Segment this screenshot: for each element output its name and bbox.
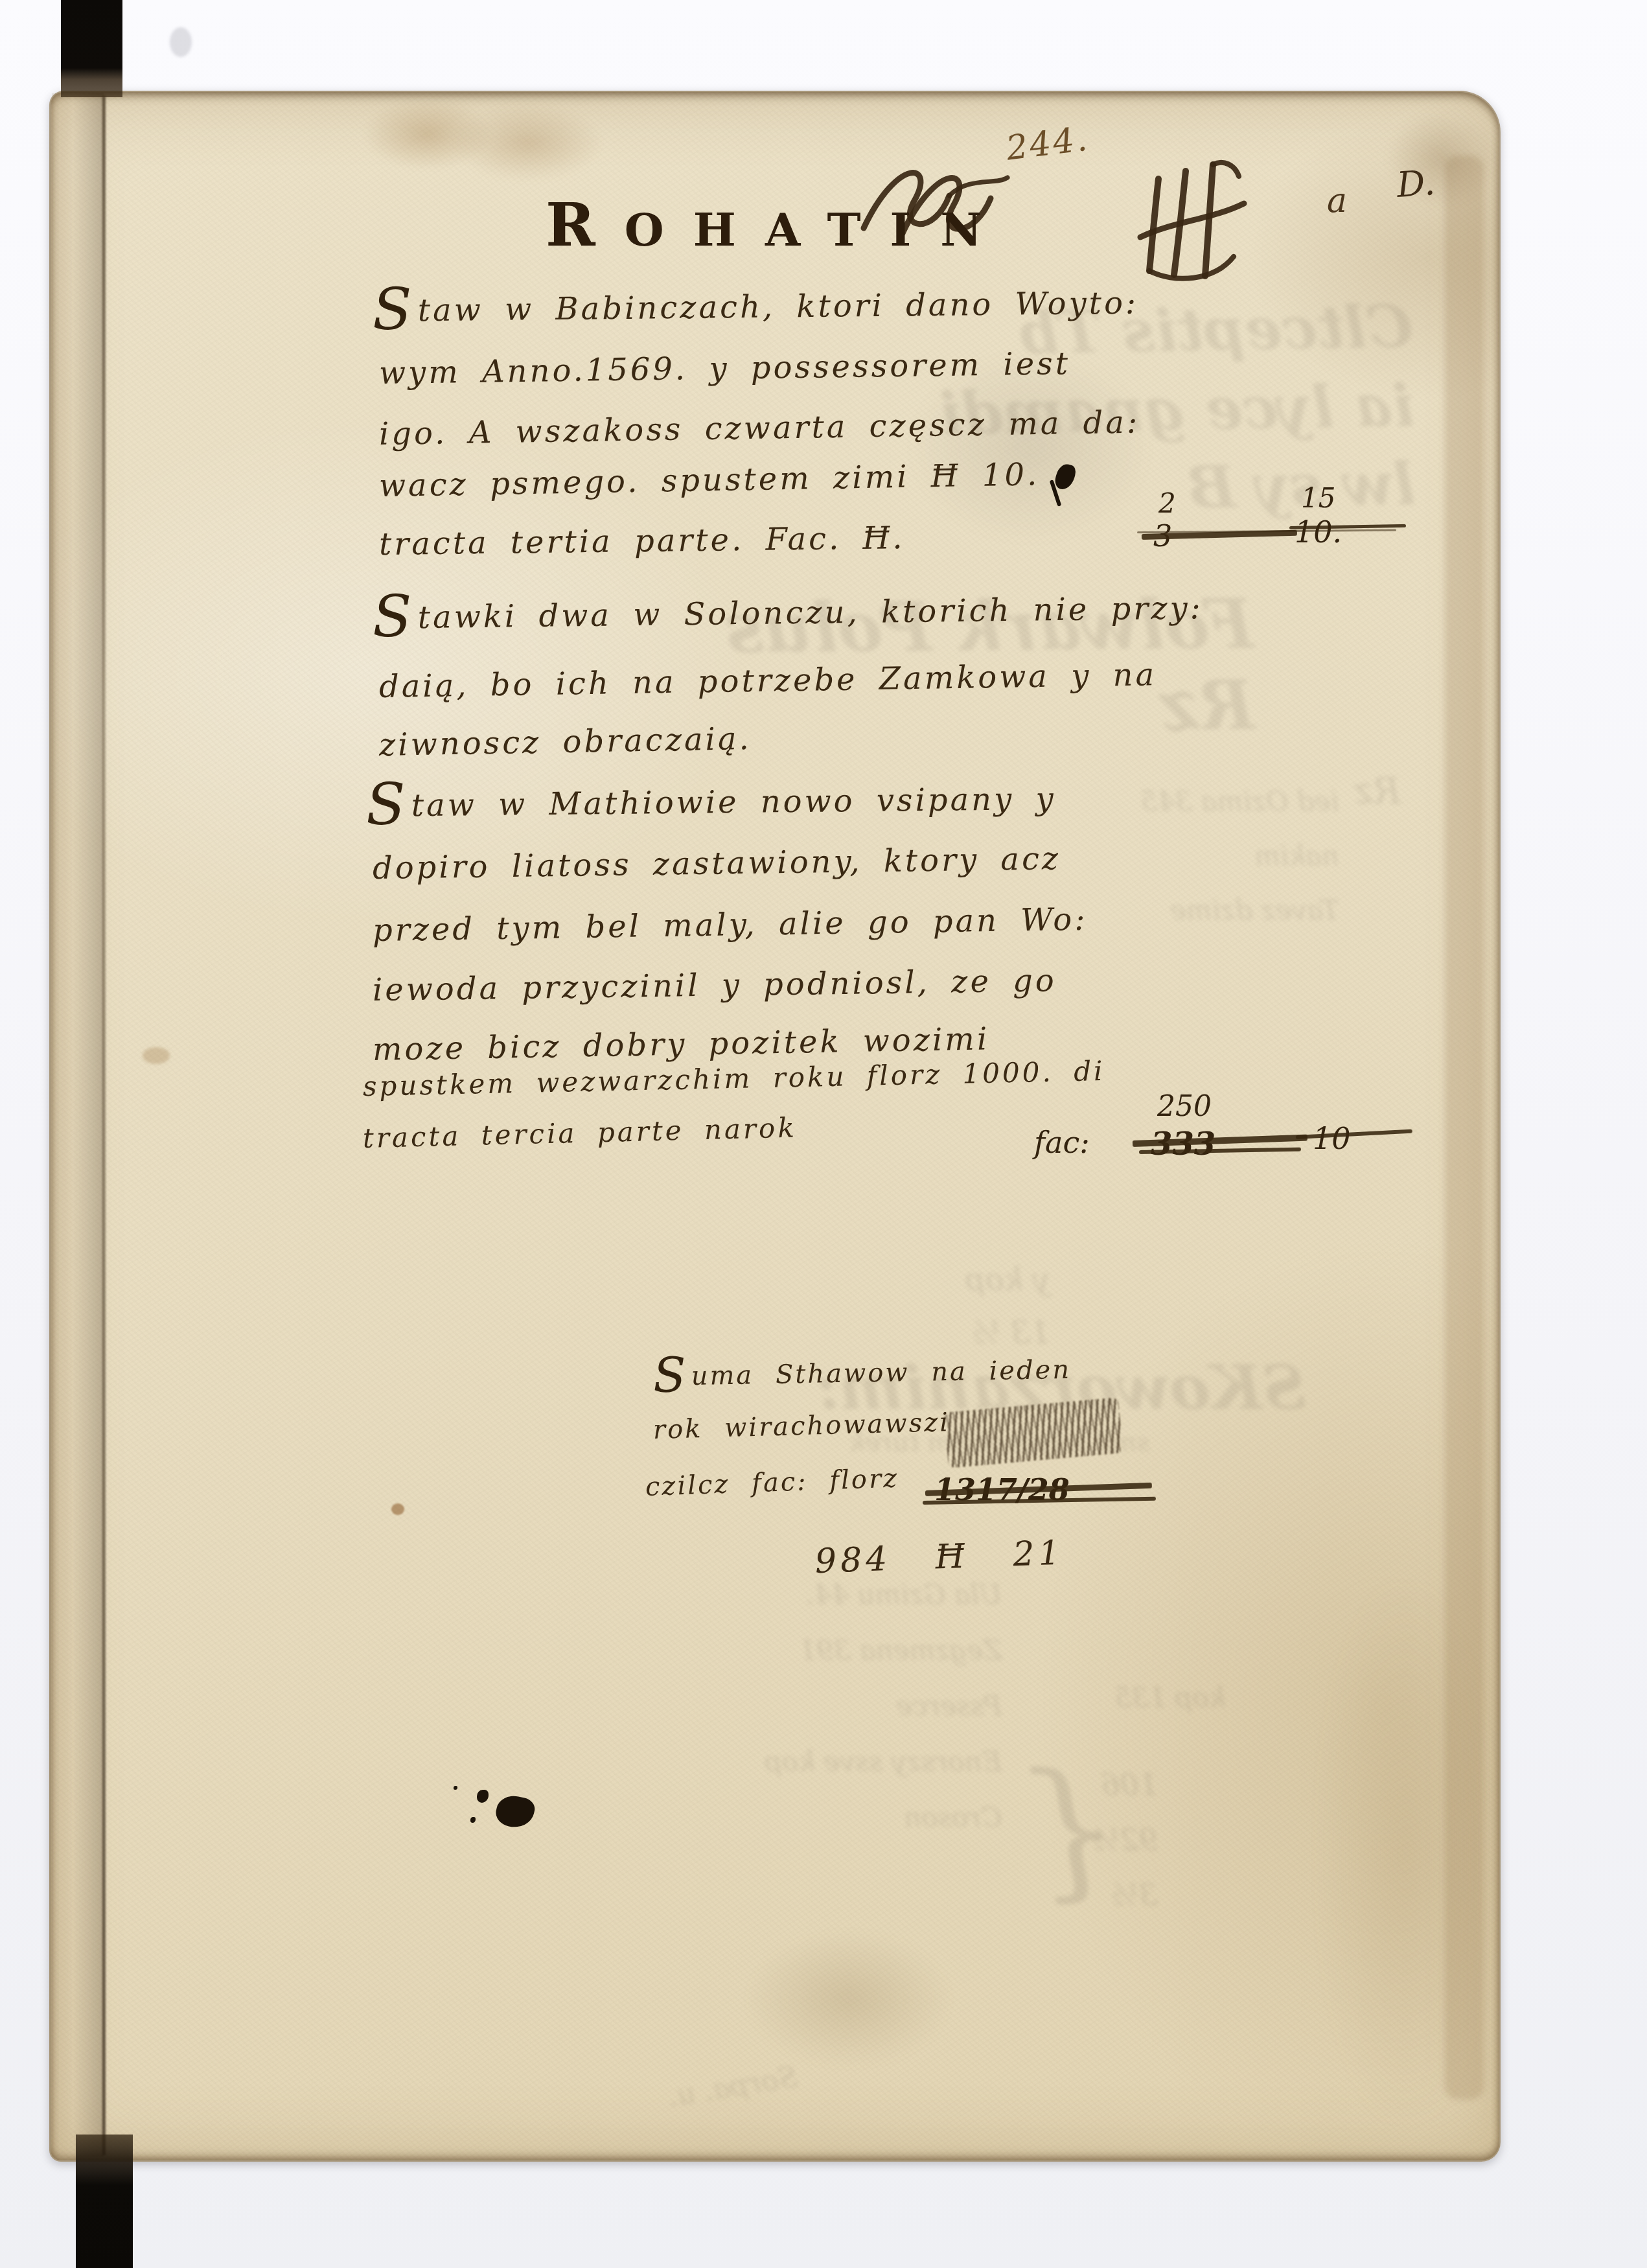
margin-letter-a: a [1327, 181, 1347, 220]
figure2-corrected: 250 [1157, 1090, 1212, 1123]
ghost-text: kop 135 [1114, 1677, 1225, 1718]
figure1-corrected: 2 [1158, 487, 1176, 519]
page-title: ROHATIN [546, 189, 1011, 260]
ghost-text: 106 92½ 3½ [1091, 1757, 1158, 1923]
tape-strip-top [61, 0, 122, 97]
tape-strip-bottom [76, 2135, 133, 2268]
entry2-line3: ziwnoscz obraczaią. [379, 721, 752, 763]
manuscript-scan: Cltceptis Tb ia lyce gnamdi lw sy B Folw… [0, 0, 1647, 2268]
pencil-smudge [170, 27, 192, 57]
stain [1445, 156, 1484, 2100]
figure1-struck-right: 10. [1295, 515, 1342, 550]
binding-crease [102, 96, 106, 2155]
figure2-label: fac: [1034, 1125, 1090, 1160]
entry1-line5: tracta tertia parte. Fac. Ħ. [379, 520, 905, 562]
ghost-text: Rz [1354, 765, 1401, 819]
stain [391, 1503, 404, 1515]
stain [454, 104, 603, 181]
gutter-shadow [52, 93, 105, 2157]
figure2-struck-right: 10 [1313, 1121, 1351, 1156]
ghost-text: Ula Gzimu 44. Zegzmena 391 Psserce Enors… [765, 1567, 1002, 1846]
margin-letter-d: D. [1396, 162, 1436, 205]
header-monogram-icon [1135, 159, 1249, 288]
stain [143, 1047, 170, 1064]
entry3-line1: Staw w Mathiowie nowo vsipany y [366, 781, 1056, 824]
figure1-corrected-right: 15 [1301, 482, 1335, 514]
stain [745, 1931, 952, 2067]
ghost-text: ied Ozima 345 nakim Tavez dzime [1140, 774, 1339, 938]
